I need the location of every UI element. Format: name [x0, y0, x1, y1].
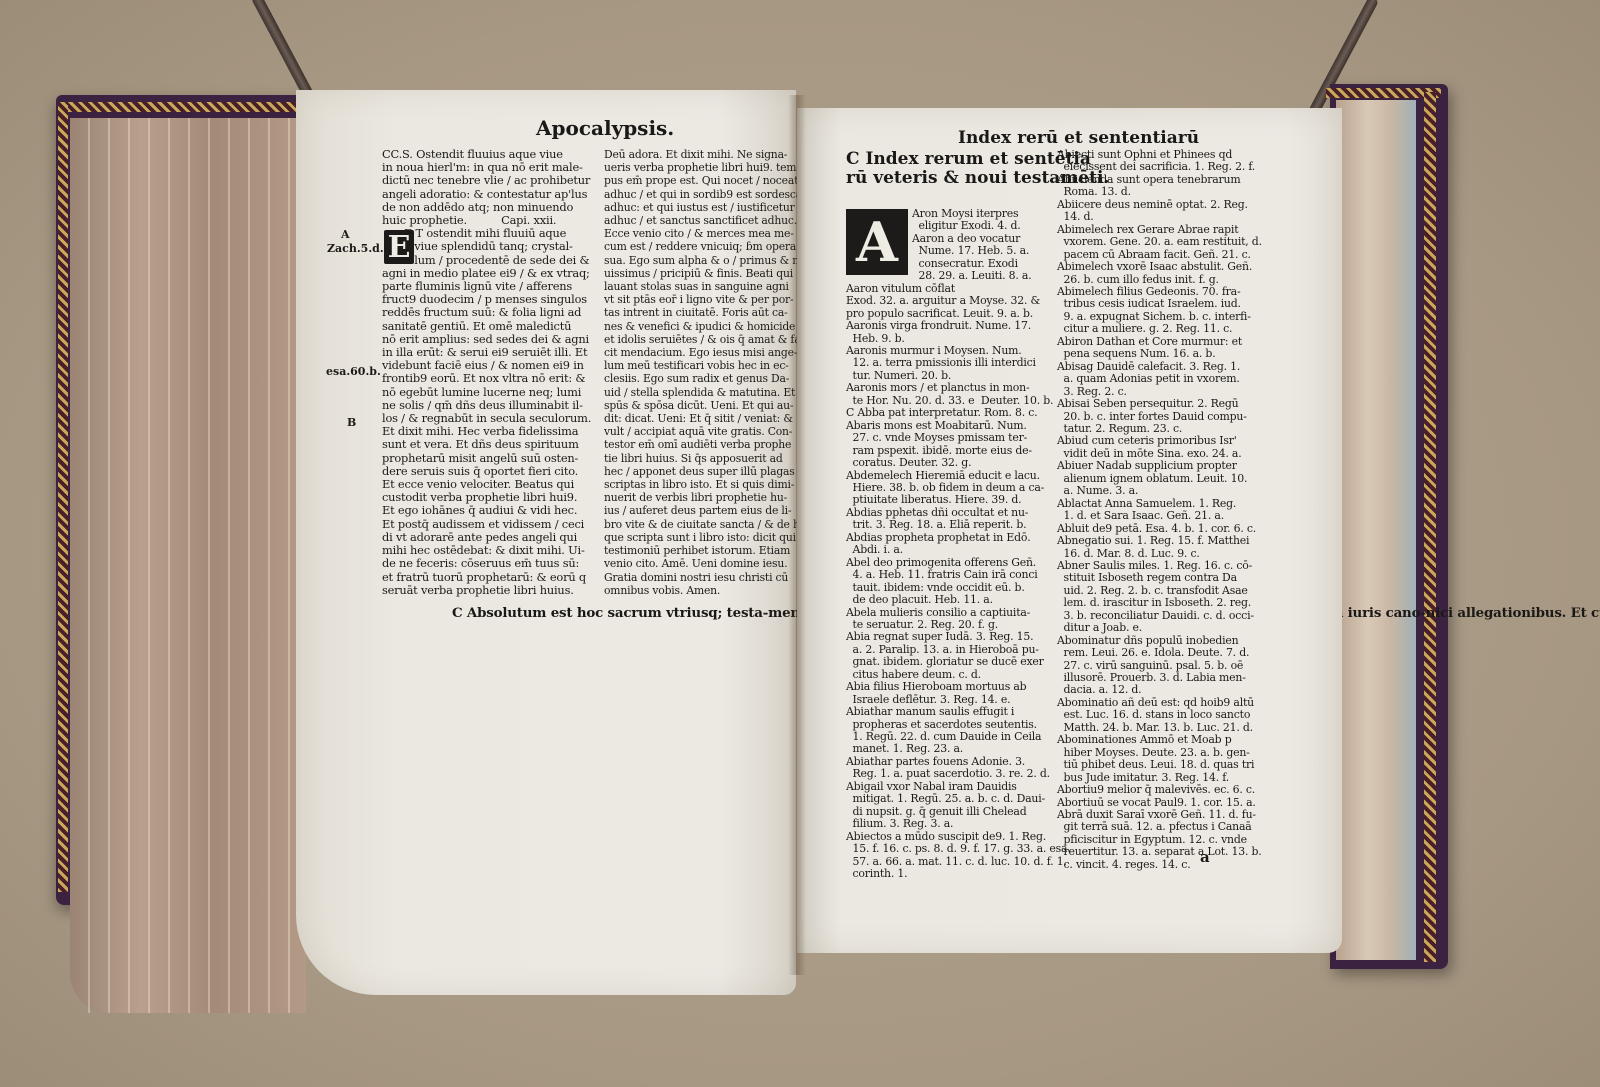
text-line: C Abba pat interpretatur. Rom. 8. c.: [846, 407, 1056, 419]
text-line: tiū phibet deus. Leui. 18. d. quas tri: [1057, 759, 1267, 771]
text-line: reuertitur. 13. a. separat a Lot. 13. b.: [1057, 846, 1267, 858]
text-line: corinth. 1.: [846, 868, 1056, 880]
text-line: prophetarū misit angelū suū osten-: [382, 452, 597, 465]
text-line: rem. Leui. 26. e. Idola. Deute. 7. d.: [1057, 647, 1267, 659]
gilt-border-top-left: [58, 102, 298, 112]
text-line: Et postq̄ audissem et vidissem / ceci: [382, 518, 597, 531]
text-line: Et ego iohānes q̄ audiui & vidi hec.: [382, 504, 597, 517]
text-line: cum est / reddere vnicuiq; ɓm opera: [604, 240, 789, 253]
text-line: Reg. 1. a. puat sacerdotio. 3. re. 2. d.: [846, 768, 1056, 780]
left-column-1: CC.S. Ostendit fluuius aque viuein noua …: [382, 148, 597, 597]
margin-note-esa: esa.60.b.: [326, 365, 381, 378]
margin-note-b: B: [347, 416, 356, 429]
text-line: hec / apponet deus super illū plagas: [604, 465, 789, 478]
text-line: Abdi. i. a.: [846, 544, 1056, 556]
text-line: a. quam Adonias petit in vxorem.: [1057, 373, 1267, 385]
text-line: sanitatē gentiū. Et omē maledictū: [382, 320, 597, 333]
text-line: adhuc / et qui in sordib9 est sordescat: [604, 188, 789, 201]
text-line: lauant stolas suas in sanguine agni: [604, 280, 789, 293]
text-line: c. vincit. 4. reges. 14. c.: [1057, 859, 1267, 871]
text-line: cit mendacium. Ego iesus misi ange-: [604, 346, 789, 359]
text-line: Aaronis mors / et planctus in mon-: [846, 382, 1056, 394]
left-page-block-edge: [70, 118, 306, 1013]
text-line: dit: dicat. Ueni: Et q̄ sitit / veniat: …: [604, 412, 789, 425]
text-line: tas intrent in ciuitatē. Foris aūt ca-: [604, 306, 789, 319]
text-line: coratus. Deuter. 32. g.: [846, 457, 1056, 469]
text-line: dictū nec tenebre vlie / ac prohibetur: [382, 174, 597, 187]
text-line: lem. d. irascitur in Isboseth. 2. reg.: [1057, 597, 1267, 609]
text-line: pus em̄ prope est. Qui nocet / noceat: [604, 174, 789, 187]
text-line: frontib9 eorū. Et nox vltra nō erit: &: [382, 372, 597, 385]
text-line: adhuc / et sanctus sanctificet adhuc.: [604, 214, 789, 227]
text-line: adhuc: et qui iustus est / iustificetur: [604, 201, 789, 214]
index-column-1: Aron Moysi iterpres eligitur Exodi. 4. d…: [846, 208, 1056, 880]
text-line: spūs & spōsa dicūt. Ueni. Et qui au-: [604, 399, 789, 412]
text-line: nuerit de verbis libri prophetie hu-: [604, 491, 789, 504]
text-line: est. Luc. 16. d. stans in loco sancto: [1057, 709, 1267, 721]
text-line: Abiathar manum saulis effugit i: [846, 706, 1056, 718]
text-line: vxorem. Gene. 20. a. eam restituit, d.: [1057, 236, 1267, 248]
text-line: C Absolutum est hoc sacrum vtriusq; test…: [452, 605, 768, 621]
left-column-2: Deū adora. Et dixit mihi. Ne signa-ueris…: [604, 148, 789, 597]
text-line: de ne feceris: cōseruus em̄ tuus sū:: [382, 557, 597, 570]
text-line: Abisai Seben persequitur. 2. Regū: [1057, 398, 1267, 410]
text-line: uissimus / pricipiū & finis. Beati qui: [604, 267, 789, 280]
gilt-border-left: [58, 102, 68, 892]
text-line: de deo placuit. Heb. 11. a.: [846, 594, 1056, 606]
text-line: Aaronis virga frondruit. Nume. 17.: [846, 320, 1056, 332]
text-line: ius / auferet deus partem eius de li-: [604, 504, 789, 517]
text-line: 28. 29. a. Leuiti. 8. a.: [846, 270, 1056, 282]
text-line: 4. a. Heb. 11. fratris Cain irā conci: [846, 569, 1056, 581]
text-line: Exod. 32. a. arguitur a Moyse. 32. &: [846, 295, 1056, 307]
book-gutter-shadow: [788, 95, 806, 975]
text-line: pena sequens Num. 16. a. b.: [1057, 348, 1267, 360]
text-line: vt sit ptās eor̄ i ligno vite & per por-: [604, 293, 789, 306]
text-line: Abortiu9 melior q̄ malevivēs. ec. 6. c.: [1057, 784, 1267, 796]
text-line: stituit Isboseth regem contra Da: [1057, 572, 1267, 584]
text-line: angeli adoratio: & contestatur ap'lus: [382, 188, 597, 201]
text-line: et idolis seruiētes / & ois q̄ amat & fa: [604, 333, 789, 346]
text-line: Abiuer Nadab supplicium propter: [1057, 460, 1267, 472]
text-line: nes & venefici & ipudici & homicide /: [604, 320, 789, 333]
text-line: a. Nume. 3. a.: [1057, 485, 1267, 497]
margin-note-a: A: [341, 228, 350, 241]
text-line: Roma. 13. d.: [1057, 186, 1267, 198]
text-line: scriptas in libro isto. Et si quis dimi-: [604, 478, 789, 491]
text-line: sunt et vera. Et dñs deus spirituum: [382, 438, 597, 451]
right-page-block-edge: [1336, 100, 1416, 960]
text-line: sua. Ego sum alpha & o / primus & no: [604, 254, 789, 267]
text-line: Abnegatio sui. 1. Reg. 15. f. Matthei: [1057, 535, 1267, 547]
text-line: reddēs fructum suū: & folia ligni ad: [382, 306, 597, 319]
text-line: Abia filius Hieroboam mortuus ab: [846, 681, 1056, 693]
open-book: Apocalypsis. A Zach.5.d. esa.60.b. B CC.…: [0, 0, 1600, 1087]
text-line: ptiuitate liberatus. Hiere. 39. d.: [846, 494, 1056, 506]
signature-mark: a: [1200, 848, 1210, 866]
text-line: omnibus vobis. Amen.: [604, 584, 789, 597]
text-line: seruāt verba prophetie libri huius.: [382, 584, 597, 597]
index-column-2: Abiecti sunt Ophni et Phinees qd eieciss…: [1057, 149, 1267, 871]
right-running-head: Index rerū et sententiarū: [958, 128, 1199, 148]
text-line: nici allegationibus. Et cum exactis nomi…: [1426, 605, 1600, 621]
text-line: Nume. 17. Heb. 5. a.: [846, 245, 1056, 257]
decorated-initial-e: E: [384, 230, 414, 264]
text-line: 14. d.: [1057, 211, 1267, 223]
text-line: vult / accipiat aquā vite gratis. Con-: [604, 425, 789, 438]
text-line: lum meū testificari vobis hec in ec-: [604, 359, 789, 372]
text-line: filium. 3. Reg. 3. a.: [846, 818, 1056, 830]
text-line: que scripta sunt i libro isto: dicit qui: [604, 531, 789, 544]
text-line: trit. 3. Reg. 18. a. Eliā reperit. b.: [846, 519, 1056, 531]
text-line: 15. f. 16. c. ps. 8. d. 9. f. 17. g. 33.…: [846, 843, 1056, 855]
text-line: ditur a Joab. e.: [1057, 622, 1267, 634]
text-line: gnat. ibidem. gloriatur se ducē exer: [846, 656, 1056, 668]
text-line: venio cito. Amē. Ueni domine iesu.: [604, 557, 789, 570]
text-line: 1. d. et Sara Isaac. Geñ. 21. a.: [1057, 510, 1267, 522]
text-line: Ecce venio cito / & merces mea me-: [604, 227, 789, 240]
index-title-line-1: C Index rerum et sentētia: [846, 149, 1091, 169]
text-line: testimoniū perhibet istorum. Etiam: [604, 544, 789, 557]
text-line: viue splendidū tanq; crystal-: [382, 240, 597, 253]
text-line: lum / procedentē de sede dei &: [382, 254, 597, 267]
text-line: Deū adora. Et dixit mihi. Ne signa-: [604, 148, 789, 161]
text-line: bro vite & de ciuitate sancta / & de his: [604, 518, 789, 531]
text-line: clesiis. Ego sum radix et genus Da-: [604, 372, 789, 385]
text-line: Abiud cum ceteris primoribus Isr': [1057, 435, 1267, 447]
text-line: testor em̄ omī audiēti verba prophe: [604, 438, 789, 451]
text-line: nō egebūt lumine lucerne neq; lumi: [382, 386, 597, 399]
left-running-head: Apocalypsis.: [536, 116, 674, 140]
gilt-border-right: [1424, 92, 1436, 962]
text-line: citur a muliere. g. 2. Reg. 11. c.: [1057, 323, 1267, 335]
text-line: uid / stella splendida & matutina. Et: [604, 386, 789, 399]
margin-note-zach: Zach.5.d.: [327, 242, 384, 255]
text-line: Abimelech vxorē Isaac abstulit. Geñ.: [1057, 261, 1267, 273]
text-line: mitigat. 1. Regū. 25. a. b. c. d. Daui-: [846, 793, 1056, 805]
text-line: Abominationes Ammō et Moab p: [1057, 734, 1267, 746]
text-line: Abia regnat super Iudā. 3. Reg. 15.: [846, 631, 1056, 643]
left-page-holder-rod: [250, 0, 316, 104]
text-line: tie libri huius. Si q̄s apposuerit ad: [604, 452, 789, 465]
text-line: et fratrū tuorū prophetarū: & eorū q: [382, 571, 597, 584]
text-line: 27. c. vnde Moyses pmissam ter-: [846, 432, 1056, 444]
text-line: ueris verba prophetie libri hui9. tem: [604, 161, 789, 174]
text-line: Gratia domini nostri iesu christi cū: [604, 571, 789, 584]
